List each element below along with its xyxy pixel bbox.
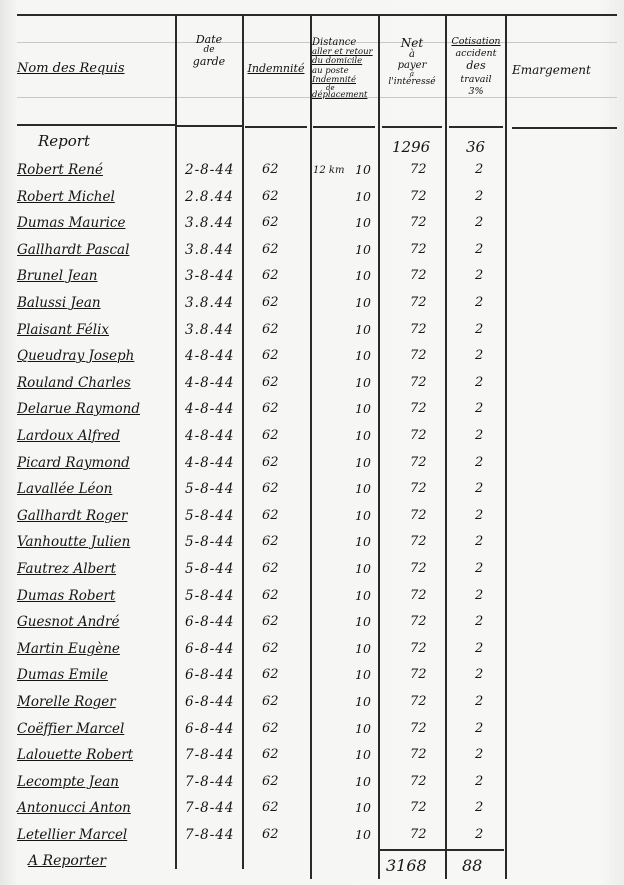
- list-item-date: 5-8-44: [185, 561, 234, 577]
- list-item-indemnite: 62: [262, 561, 279, 576]
- header-net: Net à payer à l'intéressé: [380, 38, 444, 88]
- list-item-indemnite: 62: [262, 534, 279, 549]
- list-item-indemnite: 62: [262, 588, 279, 603]
- list-item-net: 72: [410, 694, 427, 709]
- column-divider: [378, 14, 380, 879]
- list-item-name: Antonucci Anton: [17, 800, 131, 816]
- list-item-indemnite: 62: [262, 694, 279, 709]
- list-item-deplacement: 10: [355, 481, 371, 496]
- header-net-line: à: [380, 49, 444, 60]
- list-item-cotisation: 2: [475, 242, 483, 257]
- column-divider: [175, 14, 177, 869]
- list-item-date: 3.8.44: [185, 242, 234, 258]
- column-divider: [505, 14, 507, 879]
- list-item-indemnite: 62: [262, 827, 279, 842]
- list-item-deplacement: 10: [355, 455, 371, 470]
- list-item-net: 72: [410, 428, 427, 443]
- list-item-cotisation: 2: [475, 215, 483, 230]
- list-item-net: 72: [410, 588, 427, 603]
- report-label: Report: [38, 132, 90, 150]
- list-item-name: Robert Michel: [17, 189, 115, 205]
- column-divider: [310, 14, 312, 879]
- list-item-cotisation: 2: [475, 295, 483, 310]
- header-bottom-rule: [313, 126, 375, 128]
- list-item-indemnite: 62: [262, 481, 279, 496]
- list-item-net: 72: [410, 215, 427, 230]
- list-item-name: Dumas Maurice: [17, 215, 125, 231]
- list-item-indemnite: 62: [262, 401, 279, 416]
- list-item-indemnite: 62: [262, 641, 279, 656]
- header-date-line: Date: [177, 34, 241, 45]
- list-item-name: Morelle Roger: [17, 694, 116, 710]
- list-item-name: Rouland Charles: [17, 375, 131, 391]
- list-item-deplacement: 10: [355, 774, 371, 789]
- list-item-date: 4-8-44: [185, 455, 234, 471]
- header-indemnite: Indemnité: [244, 63, 308, 74]
- list-item-name: Guesnot André: [17, 614, 119, 630]
- list-item-net: 72: [410, 481, 427, 496]
- list-item-cotisation: 2: [475, 268, 483, 283]
- list-item-cotisation: 2: [475, 455, 483, 470]
- list-item-name: Vanhoutte Julien: [17, 534, 130, 550]
- header-bottom-rule: [382, 126, 442, 128]
- list-item-date: 3.8.44: [185, 295, 234, 311]
- list-item-indemnite: 62: [262, 614, 279, 629]
- list-item-date: 4-8-44: [185, 428, 234, 444]
- list-item-deplacement: 10: [355, 694, 371, 709]
- list-item-cotisation: 2: [475, 561, 483, 576]
- list-item-cotisation: 2: [475, 348, 483, 363]
- header-cotisation-line: des: [447, 60, 505, 72]
- list-item-name: Lecompte Jean: [17, 774, 119, 790]
- list-item-net: 72: [410, 774, 427, 789]
- list-item-indemnite: 62: [262, 508, 279, 523]
- register-page: Nom des Requis Date de garde Indemnité D…: [0, 0, 624, 885]
- list-item-date: 4-8-44: [185, 375, 234, 391]
- list-item-name: Gallhardt Roger: [17, 508, 127, 524]
- list-item-deplacement: 10: [355, 721, 371, 736]
- list-item-net: 72: [410, 162, 427, 177]
- list-item-cotisation: 2: [475, 747, 483, 762]
- list-item-name: Coëffier Marcel: [17, 721, 124, 737]
- list-item-deplacement: 10: [355, 667, 371, 682]
- list-item-date: 6-8-44: [185, 614, 234, 630]
- list-item-cotisation: 2: [475, 694, 483, 709]
- list-item-net: 72: [410, 614, 427, 629]
- header-cotisation-line: travail: [447, 74, 505, 86]
- list-item-deplacement: 10: [355, 348, 371, 363]
- top-rule: [17, 14, 617, 16]
- list-item-deplacement: 10: [355, 428, 371, 443]
- list-item-distance: 12 km: [313, 165, 344, 176]
- list-item-cotisation: 2: [475, 667, 483, 682]
- footer-label: A Reporter: [28, 853, 106, 869]
- list-item-deplacement: 10: [355, 215, 371, 230]
- list-item-net: 72: [410, 641, 427, 656]
- list-item-deplacement: 10: [355, 401, 371, 416]
- list-item-cotisation: 2: [475, 481, 483, 496]
- list-item-cotisation: 2: [475, 322, 483, 337]
- list-item-indemnite: 62: [262, 348, 279, 363]
- list-item-name: Plaisant Félix: [17, 322, 109, 338]
- list-item-indemnite: 62: [262, 189, 279, 204]
- list-item-indemnite: 62: [262, 800, 279, 815]
- list-item-cotisation: 2: [475, 614, 483, 629]
- list-item-indemnite: 62: [262, 242, 279, 257]
- list-item-indemnite: 62: [262, 322, 279, 337]
- list-item-name: Lavallée Léon: [17, 481, 112, 497]
- list-item-date: 4-8-44: [185, 401, 234, 417]
- list-item-date: 7-8-44: [185, 747, 234, 763]
- list-item-deplacement: 10: [355, 268, 371, 283]
- list-item-deplacement: 10: [355, 641, 371, 656]
- list-item-name: Letellier Marcel: [17, 827, 127, 843]
- list-item-net: 72: [410, 508, 427, 523]
- list-item-deplacement: 10: [355, 747, 371, 762]
- column-divider: [242, 14, 244, 869]
- list-item-deplacement: 10: [355, 508, 371, 523]
- list-item-net: 72: [410, 348, 427, 363]
- list-item-indemnite: 62: [262, 428, 279, 443]
- header-emargement: Emargement: [508, 65, 622, 76]
- list-item-deplacement: 10: [355, 162, 371, 177]
- header-net-line: Net: [380, 38, 444, 49]
- list-item-net: 72: [410, 189, 427, 204]
- header-bottom-rule: [245, 126, 307, 128]
- list-item-date: 7-8-44: [185, 800, 234, 816]
- list-item-indemnite: 62: [262, 162, 279, 177]
- list-item-name: Fautrez Albert: [17, 561, 116, 577]
- footer-net-total: 3168: [386, 856, 427, 875]
- list-item-net: 72: [410, 242, 427, 257]
- list-item-deplacement: 10: [355, 561, 371, 576]
- list-item-name: Dumas Emile: [17, 667, 108, 683]
- header-distance-line: déplacement: [312, 91, 378, 101]
- header-bottom-rule: [449, 126, 503, 128]
- list-item-date: 7-8-44: [185, 774, 234, 790]
- list-item-net: 72: [410, 800, 427, 815]
- list-item-cotisation: 2: [475, 641, 483, 656]
- list-item-net: 72: [410, 268, 427, 283]
- list-item-deplacement: 10: [355, 322, 371, 337]
- report-cotisation: 36: [466, 138, 485, 156]
- list-item-date: 6-8-44: [185, 721, 234, 737]
- list-item-net: 72: [410, 667, 427, 682]
- list-item-cotisation: 2: [475, 721, 483, 736]
- list-item-name: Lardoux Alfred: [17, 428, 120, 444]
- list-item-cotisation: 2: [475, 375, 483, 390]
- list-item-name: Balussi Jean: [17, 295, 101, 311]
- header-distance-line: Indemnité: [312, 76, 378, 86]
- header-net-line: l'intéressé: [380, 77, 444, 88]
- list-item-cotisation: 2: [475, 588, 483, 603]
- list-item-indemnite: 62: [262, 455, 279, 470]
- list-item-date: 4-8-44: [185, 348, 234, 364]
- list-item-name: Lalouette Robert: [17, 747, 133, 763]
- list-item-cotisation: 2: [475, 508, 483, 523]
- header-cotisation-line: Cotisation: [447, 36, 505, 48]
- header-bottom-rule: [512, 127, 617, 129]
- list-item-deplacement: 10: [355, 827, 371, 842]
- header-bottom-rule: [17, 124, 177, 126]
- footer-cotisation-total: 88: [462, 856, 482, 875]
- list-item-date: 5-8-44: [185, 588, 234, 604]
- header-distance: Distance aller et retour du domicile au …: [312, 38, 378, 100]
- list-item-date: 6-8-44: [185, 641, 234, 657]
- list-item-name: Delarue Raymond: [17, 401, 140, 417]
- list-item-cotisation: 2: [475, 534, 483, 549]
- total-rule: [378, 849, 504, 851]
- list-item-deplacement: 10: [355, 534, 371, 549]
- list-item-net: 72: [410, 534, 427, 549]
- list-item-deplacement: 10: [355, 189, 371, 204]
- report-net: 1296: [392, 138, 430, 156]
- list-item-indemnite: 62: [262, 774, 279, 789]
- list-item-net: 72: [410, 401, 427, 416]
- column-divider: [445, 14, 447, 879]
- list-item-name: Picard Raymond: [17, 455, 130, 471]
- list-item-name: Gallhardt Pascal: [17, 242, 129, 258]
- list-item-date: 3-8-44: [185, 268, 234, 284]
- list-item-name: Martin Eugène: [17, 641, 120, 657]
- list-item-name: Robert René: [17, 162, 103, 178]
- list-item-cotisation: 2: [475, 800, 483, 815]
- list-item-date: 2-8-44: [185, 162, 234, 178]
- list-item-cotisation: 2: [475, 189, 483, 204]
- list-item-net: 72: [410, 295, 427, 310]
- list-item-date: 5-8-44: [185, 508, 234, 524]
- list-item-net: 72: [410, 827, 427, 842]
- list-item-net: 72: [410, 747, 427, 762]
- header-cotisation-line: 3%: [447, 86, 505, 98]
- list-item-deplacement: 10: [355, 588, 371, 603]
- list-item-indemnite: 62: [262, 721, 279, 736]
- list-item-net: 72: [410, 455, 427, 470]
- header-date: Date de garde: [177, 34, 241, 67]
- list-item-indemnite: 62: [262, 268, 279, 283]
- list-item-deplacement: 10: [355, 614, 371, 629]
- list-item-net: 72: [410, 561, 427, 576]
- list-item-cotisation: 2: [475, 827, 483, 842]
- list-item-cotisation: 2: [475, 428, 483, 443]
- list-item-name: Dumas Robert: [17, 588, 115, 604]
- header-cotisation: Cotisation accident des travail 3%: [447, 36, 505, 98]
- list-item-date: 7-8-44: [185, 827, 234, 843]
- list-item-net: 72: [410, 721, 427, 736]
- list-item-date: 6-8-44: [185, 694, 234, 710]
- list-item-date: 2.8.44: [185, 189, 234, 205]
- list-item-deplacement: 10: [355, 242, 371, 257]
- list-item-net: 72: [410, 375, 427, 390]
- list-item-date: 5-8-44: [185, 481, 234, 497]
- list-item-indemnite: 62: [262, 747, 279, 762]
- list-item-name: Queudray Joseph: [17, 348, 134, 364]
- header-name: Nom des Requis: [17, 63, 175, 74]
- list-item-cotisation: 2: [475, 774, 483, 789]
- list-item-date: 6-8-44: [185, 667, 234, 683]
- list-item-indemnite: 62: [262, 215, 279, 230]
- list-item-indemnite: 62: [262, 295, 279, 310]
- list-item-date: 3.8.44: [185, 215, 234, 231]
- header-bottom-rule: [177, 125, 243, 127]
- list-item-indemnite: 62: [262, 667, 279, 682]
- list-item-deplacement: 10: [355, 295, 371, 310]
- list-item-cotisation: 2: [475, 401, 483, 416]
- list-item-name: Brunel Jean: [17, 268, 98, 284]
- list-item-deplacement: 10: [355, 800, 371, 815]
- list-item-net: 72: [410, 322, 427, 337]
- list-item-date: 5-8-44: [185, 534, 234, 550]
- list-item-date: 3.8.44: [185, 322, 234, 338]
- list-item-indemnite: 62: [262, 375, 279, 390]
- header-date-line: garde: [177, 56, 241, 67]
- list-item-deplacement: 10: [355, 375, 371, 390]
- list-item-cotisation: 2: [475, 162, 483, 177]
